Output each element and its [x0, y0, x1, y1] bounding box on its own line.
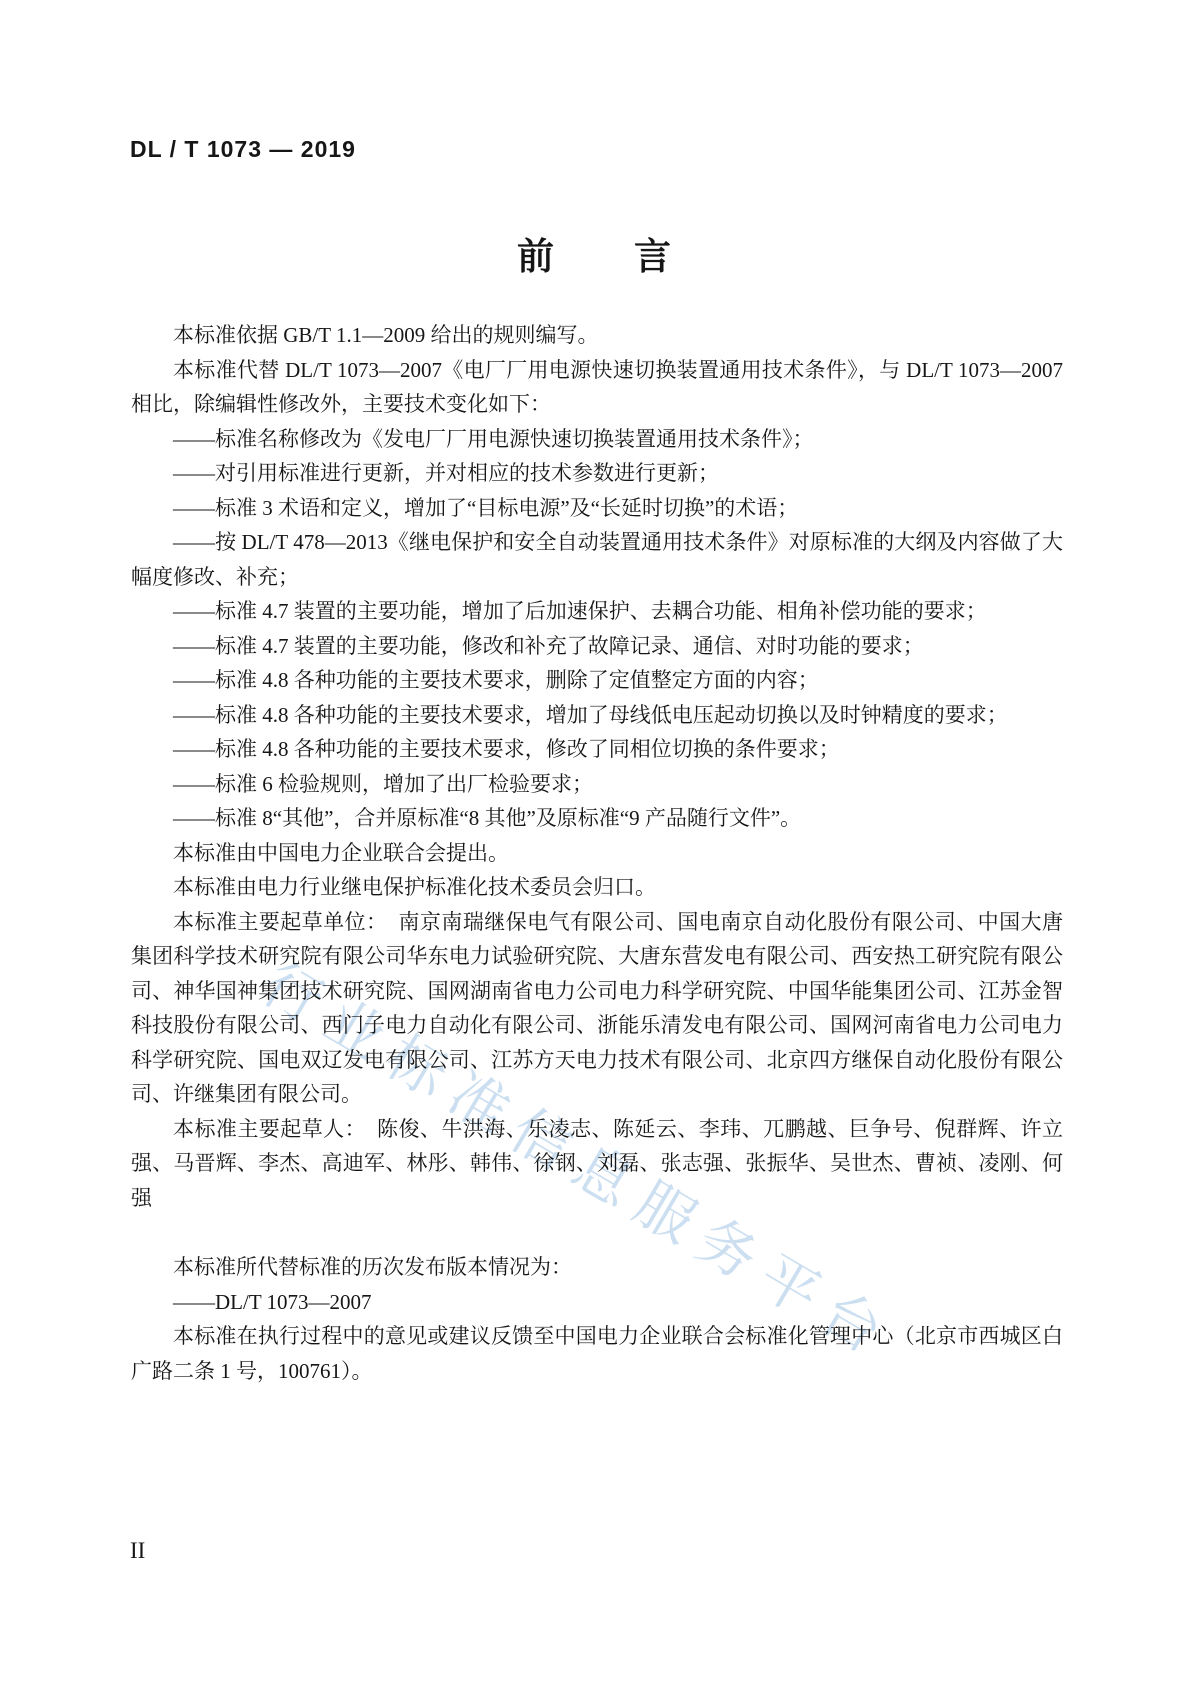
paragraph: ——标准 4.8 各种功能的主要技术要求，删除了定值整定方面的内容；	[131, 663, 1063, 698]
paragraph: 本标准依据 GB/T 1.1—2009 给出的规则编写。	[131, 318, 1063, 353]
paragraph: ——标准 4.8 各种功能的主要技术要求，修改了同相位切换的条件要求；	[131, 732, 1063, 767]
foreword-body: 本标准依据 GB/T 1.1—2009 给出的规则编写。 本标准代替 DL/T …	[131, 318, 1063, 1388]
paragraph: 本标准由电力行业继电保护标准化技术委员会归口。	[131, 870, 1063, 905]
paragraph: ——标准名称修改为《发电厂厂用电源快速切换装置通用技术条件》；	[131, 422, 1063, 457]
paragraph: ——按 DL/T 478—2013《继电保护和安全自动装置通用技术条件》对原标准…	[131, 525, 1063, 594]
paragraph: ——对引用标准进行更新，并对相应的技术参数进行更新；	[131, 456, 1063, 491]
paragraph: 本标准在执行过程中的意见或建议反馈至中国电力企业联合会标准化管理中心（北京市西城…	[131, 1319, 1063, 1388]
paragraph: 本标准主要起草单位： 南京南瑞继保电气有限公司、国电南京自动化股份有限公司、中国…	[131, 905, 1063, 1112]
paragraph: ——标准 4.8 各种功能的主要技术要求，增加了母线低电压起动切换以及时钟精度的…	[131, 698, 1063, 733]
paragraph: 本标准由中国电力企业联合会提出。	[131, 836, 1063, 871]
paragraph: ——标准 8“其他”，合并原标准“8 其他”及原标准“9 产品随行文件”。	[131, 801, 1063, 836]
paragraph: ——标准 3 术语和定义，增加了“目标电源”及“长延时切换”的术语；	[131, 491, 1063, 526]
document-page: DL / T 1073 — 2019 前 言 行业标准信息服务平台 本标准依据 …	[0, 0, 1190, 1684]
page-title: 前 言	[0, 226, 1190, 280]
paragraph: 本标准所代替标准的历次发布版本情况为：	[131, 1250, 1063, 1285]
paragraph: 本标准主要起草人： 陈俊、牛洪海、乐凌志、陈延云、李玮、兀鹏越、巨争号、倪群辉、…	[131, 1112, 1063, 1216]
paragraph: ——标准 4.7 装置的主要功能，增加了后加速保护、去耦合功能、相角补偿功能的要…	[131, 594, 1063, 629]
page-number: II	[130, 1538, 145, 1564]
paragraph: ——标准 6 检验规则，增加了出厂检验要求；	[131, 767, 1063, 802]
paragraph: 本标准代替 DL/T 1073—2007《电厂厂用电源快速切换装置通用技术条件》…	[131, 353, 1063, 422]
paragraph: ——标准 4.7 装置的主要功能，修改和补充了故障记录、通信、对时功能的要求；	[131, 629, 1063, 664]
paragraph: ——DL/T 1073—2007	[131, 1285, 1063, 1320]
standard-code: DL / T 1073 — 2019	[130, 136, 356, 163]
